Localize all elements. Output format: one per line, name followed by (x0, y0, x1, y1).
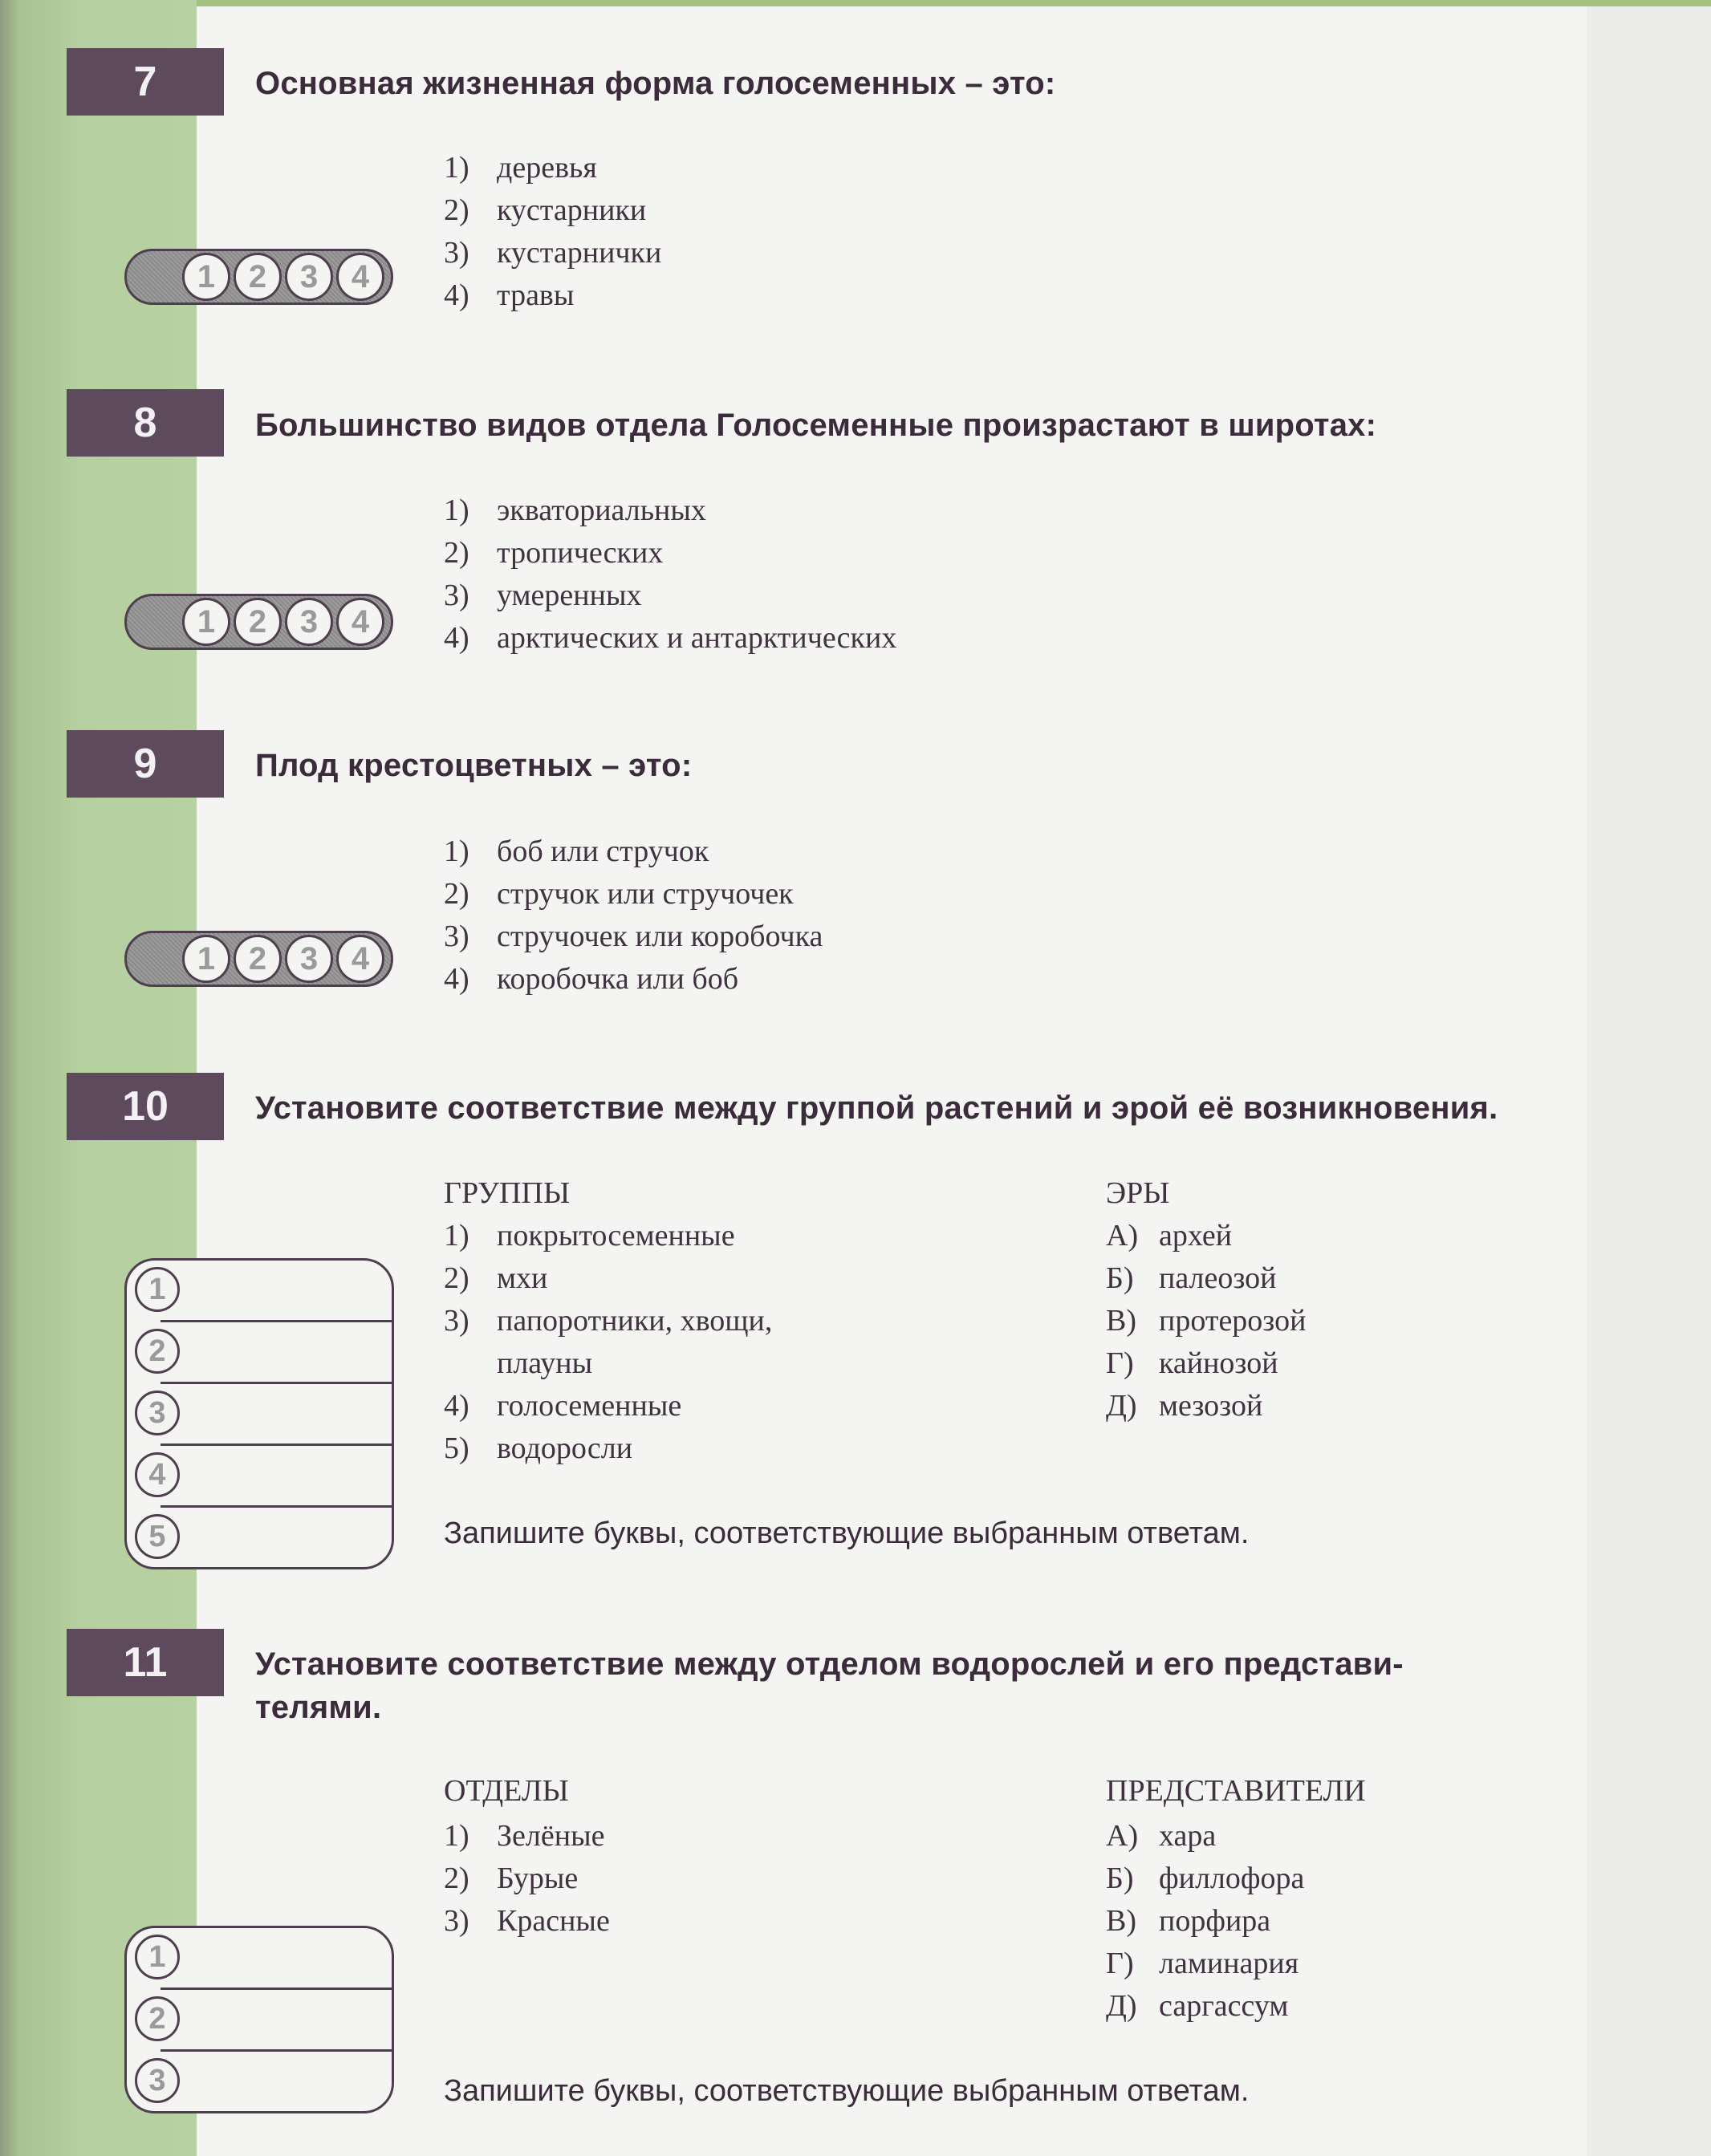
answer-selector: 1 2 3 4 (124, 249, 393, 305)
instruction-note: Запишите буквы, соответствующие выбранны… (444, 2074, 1249, 2109)
answer-selector: 1 2 3 4 (124, 594, 393, 650)
groups-list: 1)покрытосеменные 2)мхи 3)папоротники, х… (444, 1215, 772, 1470)
options-list: 1)деревья 2)кустарники 3)кустарнички 4)т… (444, 147, 661, 317)
answer-choice-1[interactable]: 1 (182, 935, 230, 983)
option: 4)арктических и антарктических (444, 617, 896, 660)
option: 2)стручок или стручочек (444, 873, 823, 916)
answer-row-3[interactable]: 3 (161, 2052, 392, 2111)
question-title: Плод крестоцветных – это: (255, 743, 692, 788)
option: 1)боб или стручок (444, 830, 823, 873)
answer-choice-2[interactable]: 2 (234, 598, 282, 646)
question-number-badge: 8 (67, 389, 224, 457)
answer-choice-3[interactable]: 3 (285, 935, 333, 983)
option: 1)деревья (444, 147, 661, 189)
answer-grid: 1 2 3 4 5 (124, 1258, 394, 1569)
answer-row-4[interactable]: 4 (161, 1446, 392, 1508)
page (197, 6, 1711, 2156)
list-item: плауны (444, 1342, 772, 1385)
page-edge-shade (1587, 6, 1711, 2156)
option: 3)стручочек или коробочка (444, 916, 823, 958)
answer-choice-4[interactable]: 4 (336, 935, 384, 983)
list-item: Г)кайнозой (1106, 1342, 1306, 1385)
list-item: Г)ламинария (1106, 1943, 1304, 1985)
option: 2)тропических (444, 532, 896, 575)
top-stripe (197, 0, 1711, 6)
answer-grid: 1 2 3 (124, 1926, 394, 2113)
eras-list: А)архей Б)палеозой В)протерозой Г)кайноз… (1106, 1215, 1306, 1427)
question-title-line-1: Установите соответствие между отделом во… (255, 1642, 1404, 1687)
option: 4)травы (444, 274, 661, 317)
option: 4)коробочка или боб (444, 958, 823, 1001)
option: 3)кустарнички (444, 232, 661, 274)
list-item: 2)Бурые (444, 1858, 610, 1900)
list-item: В)порфира (1106, 1900, 1304, 1943)
option: 2)кустарники (444, 189, 661, 232)
question-title: Основная жизненная форма голосеменных – … (255, 61, 1055, 106)
answer-choice-4[interactable]: 4 (336, 598, 384, 646)
representatives-list: А)хара Б)филлофора В)порфира Г)ламинария… (1106, 1815, 1304, 2028)
list-item: А)хара (1106, 1815, 1304, 1858)
options-list: 1)боб или стручок 2)стручок или стручоче… (444, 830, 823, 1001)
question-title-line-2: телями. (255, 1685, 381, 1730)
column-header-representatives: ПРЕДСТАВИТЕЛИ (1106, 1773, 1366, 1809)
answer-choice-3[interactable]: 3 (285, 598, 333, 646)
list-item: Б)палеозой (1106, 1257, 1306, 1300)
answer-row-5[interactable]: 5 (161, 1508, 392, 1567)
answer-choice-2[interactable]: 2 (234, 253, 282, 301)
row-number: 1 (135, 1267, 180, 1312)
row-number: 2 (135, 1996, 180, 2041)
answer-choice-2[interactable]: 2 (234, 935, 282, 983)
list-item: А)архей (1106, 1215, 1306, 1257)
column-header-eras: ЭРЫ (1106, 1175, 1169, 1211)
question-title: Установите соответствие между группой ра… (255, 1086, 1498, 1131)
column-header-divisions: ОТДЕЛЫ (444, 1773, 569, 1809)
column-header-groups: ГРУППЫ (444, 1175, 570, 1211)
question-number-badge: 7 (67, 48, 224, 116)
question-number-badge: 10 (67, 1073, 224, 1140)
answer-row-3[interactable]: 3 (161, 1384, 392, 1446)
row-number: 1 (135, 1935, 180, 1979)
answer-choice-3[interactable]: 3 (285, 253, 333, 301)
answer-choice-1[interactable]: 1 (182, 253, 230, 301)
option: 3)умеренных (444, 575, 896, 617)
options-list: 1)экваториальных 2)тропических 3)умеренн… (444, 489, 896, 660)
answer-row-1[interactable]: 1 (161, 1261, 392, 1322)
answer-row-1[interactable]: 1 (161, 1928, 392, 1990)
row-number: 3 (135, 2058, 180, 2103)
answer-selector: 1 2 3 4 (124, 931, 393, 987)
row-number: 4 (135, 1452, 180, 1497)
answer-row-2[interactable]: 2 (161, 1990, 392, 2052)
list-item: В)протерозой (1106, 1300, 1306, 1342)
divisions-list: 1)Зелёные 2)Бурые 3)Красные (444, 1815, 610, 1943)
row-number: 2 (135, 1329, 180, 1374)
row-number: 3 (135, 1391, 180, 1435)
question-number-badge: 9 (67, 730, 224, 798)
list-item: Б)филлофора (1106, 1858, 1304, 1900)
question-title: Большинство видов отдела Голосеменные пр… (255, 403, 1376, 448)
list-item: 4)голосеменные (444, 1385, 772, 1427)
list-item: 1)Зелёные (444, 1815, 610, 1858)
list-item: 5)водоросли (444, 1427, 772, 1470)
instruction-note: Запишите буквы, соответствующие выбранны… (444, 1517, 1249, 1551)
list-item: Д)саргассум (1106, 1985, 1304, 2028)
answer-choice-1[interactable]: 1 (182, 598, 230, 646)
list-item: 1)покрытосеменные (444, 1215, 772, 1257)
list-item: 3)Красные (444, 1900, 610, 1943)
list-item: Д)мезозой (1106, 1385, 1306, 1427)
answer-choice-4[interactable]: 4 (336, 253, 384, 301)
answer-row-2[interactable]: 2 (161, 1322, 392, 1384)
list-item: 3)папоротники, хвощи, (444, 1300, 772, 1342)
row-number: 5 (135, 1514, 180, 1559)
option: 1)экваториальных (444, 489, 896, 532)
question-number-badge: 11 (67, 1629, 224, 1696)
list-item: 2)мхи (444, 1257, 772, 1300)
